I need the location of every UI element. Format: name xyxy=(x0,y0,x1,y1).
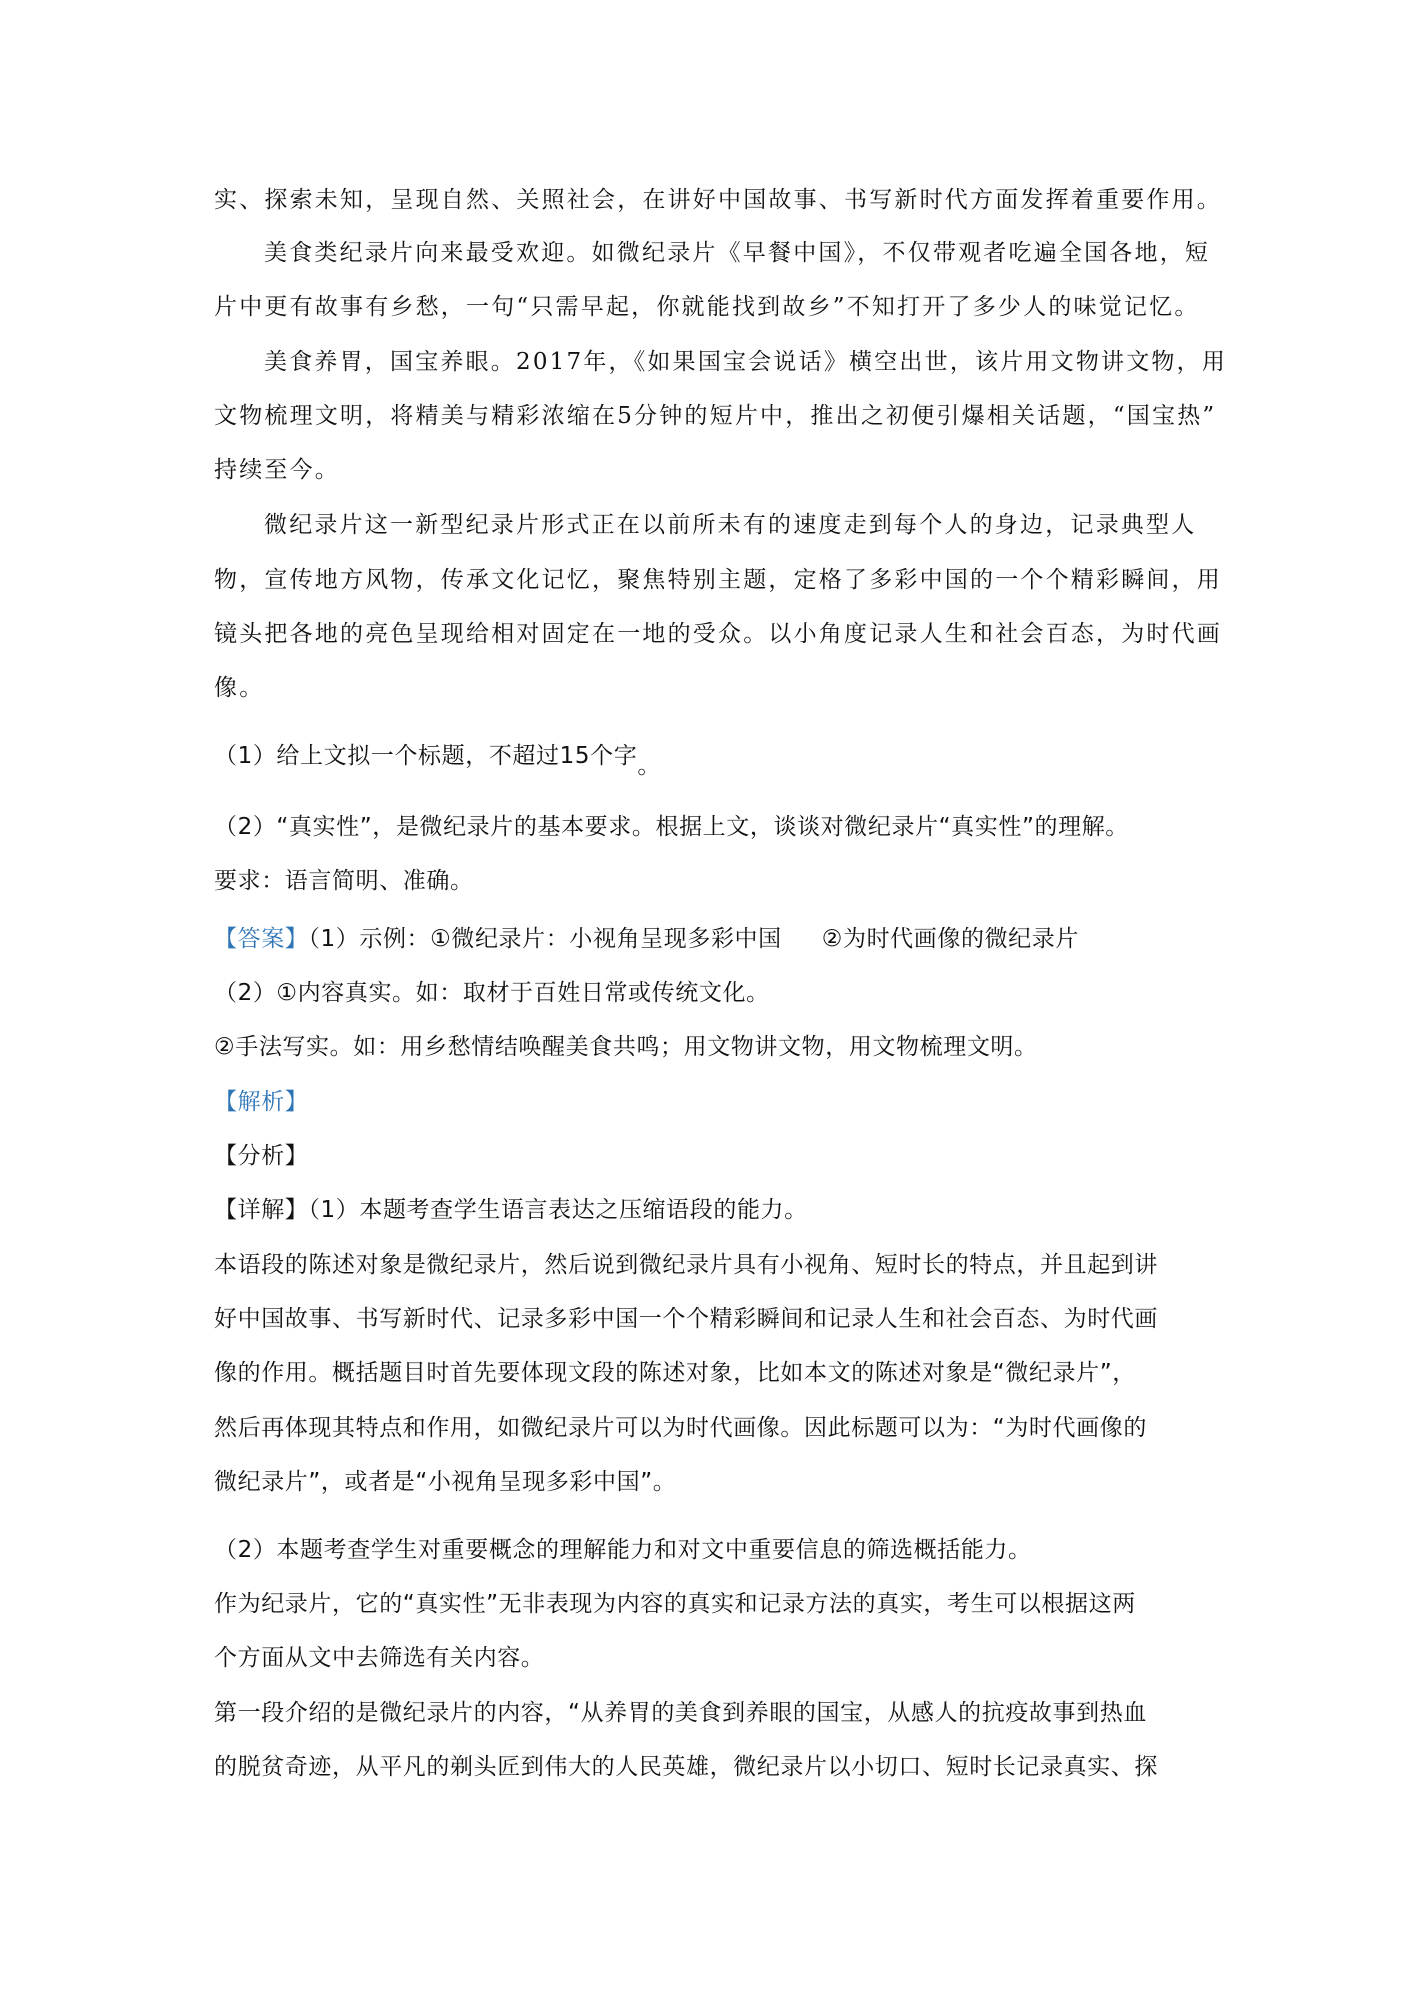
passage-line: 像。 xyxy=(214,673,264,703)
answer-line-1: 【答案】（1）示例：①微纪录片：小视角呈现多彩中国②为时代画像的微纪录片 xyxy=(214,924,1079,954)
detail-label: 【详解】 xyxy=(214,1197,308,1223)
analysis-label: 【解析】 xyxy=(214,1087,308,1117)
passage-line: 持续至今。 xyxy=(214,455,340,485)
passage-line: 微纪录片这一新型纪录片形式正在以前所未有的速度走到每个人的身边，记录典型人 xyxy=(264,510,1196,540)
answer-line-2: （2）①内容真实。如：取材于百姓日常或传统文化。 xyxy=(214,978,770,1008)
question-1: （1）给上文拟一个标题，不超过15个字。 xyxy=(214,741,661,771)
analysis-line: 然后再体现其特点和作用，如微纪录片可以为时代画像。因此标题可以为：“为时代画像的 xyxy=(214,1413,1147,1443)
detail-heading: 【详解】（1）本题考查学生语言表达之压缩语段的能力。 xyxy=(214,1195,808,1225)
fenxi-label: 【分析】 xyxy=(214,1141,308,1171)
passage-line: 美食养胃，国宝养眼。2017年，《如果国宝会说话》横空出世，该片用文物讲文物，用 xyxy=(264,347,1227,377)
analysis-line: 本语段的陈述对象是微纪录片，然后说到微纪录片具有小视角、短时长的特点，并且起到讲 xyxy=(214,1250,1158,1280)
answer-line-3: ②手法写实。如：用乡愁情结唤醒美食共鸣；用文物讲文物，用文物梳理文明。 xyxy=(214,1032,1038,1062)
passage-line: 物，宣传地方风物，传承文化记忆，聚焦特别主题，定格了多彩中国的一个个精彩瞬间，用 xyxy=(214,565,1222,595)
passage-line: 镜头把各地的亮色呈现给相对固定在一地的受众。以小角度记录人生和社会百态，为时代画 xyxy=(214,619,1222,649)
analysis-line: 个方面从文中去筛选有关内容。 xyxy=(214,1643,544,1673)
answer-label: 【答案】 xyxy=(214,926,308,952)
analysis-line: 像的作用。概括题目时首先要体现文段的陈述对象，比如本文的陈述对象是“微纪录片”， xyxy=(214,1358,1136,1388)
question-2-requirement: 要求：语言简明、准确。 xyxy=(214,866,474,896)
analysis-line: 作为纪录片，它的“真实性”无非表现为内容的真实和记录方法的真实，考生可以根据这两 xyxy=(214,1589,1136,1619)
passage-line: 美食类纪录片向来最受欢迎。如微纪录片《早餐中国》，不仅带观者吃遍全国各地，短 xyxy=(264,238,1210,268)
passage-line: 实、探索未知，呈现自然、关照社会，在讲好中国故事、书写新时代方面发挥着重要作用。 xyxy=(214,185,1222,215)
analysis-line: 好中国故事、书写新时代、记录多彩中国一个个精彩瞬间和记录人生和社会百态、为时代画 xyxy=(214,1304,1158,1334)
passage-line: 文物梳理文明，将精美与精彩浓缩在5分钟的短片中，推出之初便引爆相关话题，“国宝热… xyxy=(214,401,1216,431)
analysis-line: 第一段介绍的是微纪录片的内容，“从养胃的美食到养眼的国宝，从感人的抗疫故事到热血 xyxy=(214,1698,1147,1728)
analysis-line: 的脱贫奇迹，从平凡的剃头匠到伟大的人民英雄，微纪录片以小切口、短时长记录真实、探 xyxy=(214,1752,1158,1782)
analysis-line: （2）本题考查学生对重要概念的理解能力和对文中重要信息的筛选概括能力。 xyxy=(214,1535,1032,1565)
question-2: （2）“真实性”，是微纪录片的基本要求。根据上文，谈谈对微纪录片“真实性”的理解… xyxy=(214,812,1129,842)
passage-line: 片中更有故事有乡愁，一句“只需早起，你就能找到故乡”不知打开了多少人的味觉记忆。 xyxy=(214,292,1200,322)
analysis-line: 微纪录片”，或者是“小视角呈现多彩中国”。 xyxy=(214,1467,676,1497)
